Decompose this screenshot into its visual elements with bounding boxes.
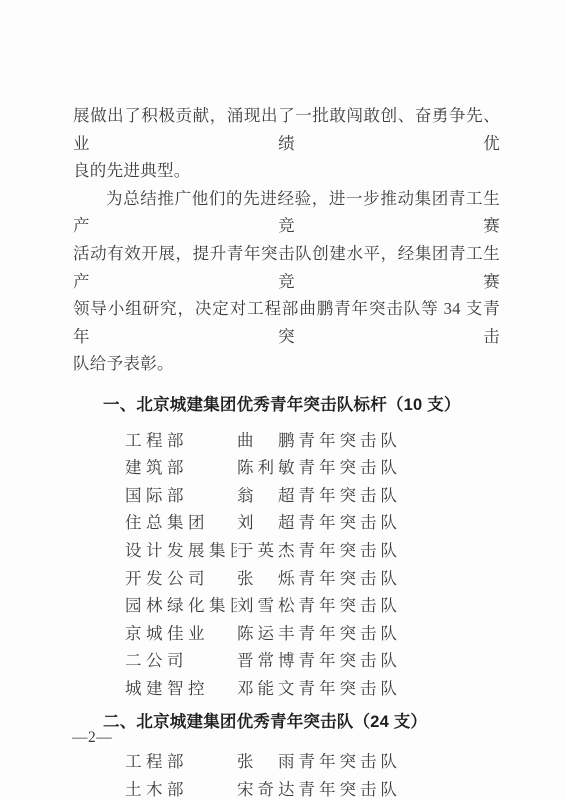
team-row: 建筑部 陈利敏青年突击队 bbox=[73, 454, 500, 482]
paragraph-continuation: 展做出了积极贡献，涌现出了一批敢闯敢创、奋勇争先、业绩优 良的先进典型。 bbox=[73, 102, 500, 185]
team-row: 设计发展集团 于英杰青年突击队 bbox=[73, 537, 500, 565]
team-row: 国际部 翁 超青年突击队 bbox=[73, 482, 500, 510]
team-name: 曲 鹏青年突击队 bbox=[237, 427, 500, 455]
team-row: 工程部 曲 鹏青年突击队 bbox=[73, 427, 500, 455]
team-name: 宋奇达青年突击队 bbox=[237, 776, 500, 800]
document-content: 展做出了积极贡献，涌现出了一批敢闯敢创、奋勇争先、业绩优 良的先进典型。 为总结… bbox=[73, 102, 500, 800]
team-name: 晋常博青年突击队 bbox=[237, 647, 500, 675]
team-row: 二公司 晋常博青年突击队 bbox=[73, 647, 500, 675]
department-name: 住总集团 bbox=[125, 509, 237, 537]
department-name: 建筑部 bbox=[125, 454, 237, 482]
department-name: 城建智控 bbox=[125, 675, 237, 703]
department-name: 工程部 bbox=[125, 748, 237, 776]
department-name: 京城佳业 bbox=[125, 620, 237, 648]
team-row: 工程部 张 雨青年突击队 bbox=[73, 748, 500, 776]
body-line: 为总结推广他们的先进经验，进一步推动集团青工生产竞赛 bbox=[73, 185, 500, 240]
department-name: 土木部 bbox=[125, 776, 237, 800]
team-name: 于英杰青年突击队 bbox=[237, 537, 500, 565]
department-name: 工程部 bbox=[125, 427, 237, 455]
team-name: 张 烁青年突击队 bbox=[237, 565, 500, 593]
team-name: 翁 超青年突击队 bbox=[237, 482, 500, 510]
body-line: 活动有效开展，提升青年突击队创建水平，经集团青工生产竞赛 bbox=[73, 240, 500, 295]
section-1-team-list: 工程部 曲 鹏青年突击队 建筑部 陈利敏青年突击队 国际部 翁 超青年突击队 住… bbox=[73, 427, 500, 703]
department-name: 二公司 bbox=[125, 647, 237, 675]
team-name: 刘 超青年突击队 bbox=[237, 509, 500, 537]
team-row: 城建智控 邓能文青年突击队 bbox=[73, 675, 500, 703]
team-name: 陈运丰青年突击队 bbox=[237, 620, 500, 648]
team-row: 京城佳业 陈运丰青年突击队 bbox=[73, 620, 500, 648]
team-name: 张 雨青年突击队 bbox=[237, 748, 500, 776]
department-name: 国际部 bbox=[125, 482, 237, 510]
section-1-heading: 一、北京城建集团优秀青年突击队标杆（10 支） bbox=[73, 392, 500, 420]
section-2-heading: 二、北京城建集团优秀青年突击队（24 支） bbox=[73, 709, 500, 737]
team-row: 园林绿化集团 刘雪松青年突击队 bbox=[73, 592, 500, 620]
department-name: 开发公司 bbox=[125, 565, 237, 593]
section-2-team-list: 工程部 张 雨青年突击队 土木部 宋奇达青年突击队 bbox=[73, 748, 500, 800]
team-row: 土木部 宋奇达青年突击队 bbox=[73, 776, 500, 800]
body-line: 良的先进典型。 bbox=[73, 157, 500, 185]
paragraph-decision: 为总结推广他们的先进经验，进一步推动集团青工生产竞赛 活动有效开展，提升青年突击… bbox=[73, 185, 500, 378]
body-line: 领导小组研究，决定对工程部曲鹏青年突击队等 34 支青年突击 bbox=[73, 295, 500, 350]
team-row: 住总集团 刘 超青年突击队 bbox=[73, 509, 500, 537]
team-name: 陈利敏青年突击队 bbox=[237, 454, 500, 482]
page-number: —2— bbox=[72, 729, 112, 747]
team-name: 刘雪松青年突击队 bbox=[237, 592, 500, 620]
team-name: 邓能文青年突击队 bbox=[237, 675, 500, 703]
body-line: 队给予表彰。 bbox=[73, 350, 500, 378]
body-line: 展做出了积极贡献，涌现出了一批敢闯敢创、奋勇争先、业绩优 bbox=[73, 102, 500, 157]
document-page: 展做出了积极贡献，涌现出了一批敢闯敢创、奋勇争先、业绩优 良的先进典型。 为总结… bbox=[0, 0, 566, 800]
team-row: 开发公司 张 烁青年突击队 bbox=[73, 565, 500, 593]
department-name: 设计发展集团 bbox=[125, 537, 237, 565]
department-name: 园林绿化集团 bbox=[125, 592, 237, 620]
